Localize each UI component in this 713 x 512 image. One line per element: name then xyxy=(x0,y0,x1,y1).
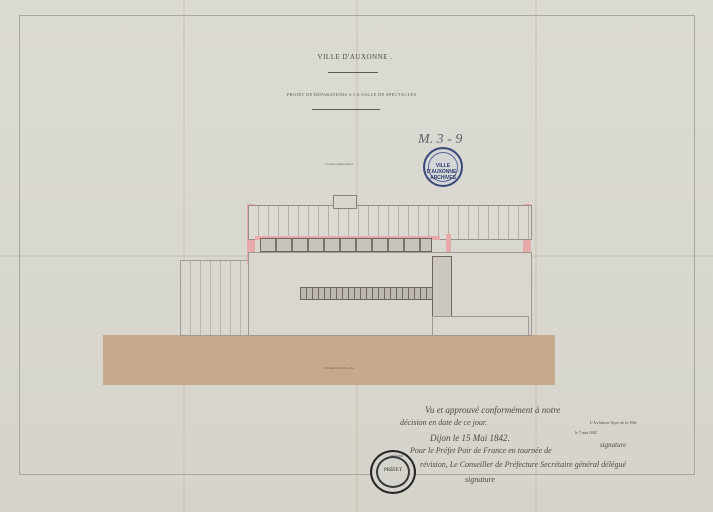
prefecture-stamp-text: PRÉFET xyxy=(372,468,414,473)
reference-number: M. 3 - 9 xyxy=(418,132,462,148)
approval-line: Vu et approuvé conformément à notre xyxy=(425,405,560,415)
architect-note: L'Architecte Voyer de la Ville xyxy=(590,420,637,425)
title-underline xyxy=(328,72,378,73)
roof-truss xyxy=(248,205,532,240)
balcony-gallery xyxy=(300,287,452,300)
lower-wall xyxy=(432,316,529,336)
architect-signature: signature xyxy=(600,441,626,449)
subtitle-underline xyxy=(312,109,380,110)
document-subtitle: PROJET DE REPARATIONS A LA SALLE DE SPEC… xyxy=(268,92,438,97)
margin-note: révision xyxy=(390,453,403,458)
section-label: Coupe longitudinale xyxy=(325,162,353,166)
approval-line: décision en date de ce jour. xyxy=(400,418,487,427)
architect-date: le 7 mai 1842 xyxy=(575,430,597,435)
coffered-ceiling xyxy=(260,238,432,252)
ground-section xyxy=(103,335,555,385)
building-section-drawing xyxy=(178,190,533,336)
approval-date: Dijon le 15 Mai 1842. xyxy=(430,433,510,443)
statue-niche xyxy=(432,256,452,318)
approval-line: Pour le Préfet Pair de France en tournée… xyxy=(410,446,552,455)
signature: signature xyxy=(465,475,495,484)
pilaster-section xyxy=(446,234,451,252)
left-wing-facade xyxy=(180,260,252,336)
lantern-cupola xyxy=(333,195,357,209)
document-title: VILLE D'AUXONNE . xyxy=(300,53,410,61)
approval-line: révision, Le Conseiller de Préfecture Se… xyxy=(420,460,626,469)
archives-stamp-text: VILLE D'AUXONNE · ARCHIVES xyxy=(425,163,461,181)
drawing-sheet: VILLE D'AUXONNE . PROJET DE REPARATIONS … xyxy=(0,0,713,512)
archives-stamp: VILLE D'AUXONNE · ARCHIVES xyxy=(423,147,463,187)
scale-label: Echelle de 0,01 p.m. xyxy=(325,366,354,370)
